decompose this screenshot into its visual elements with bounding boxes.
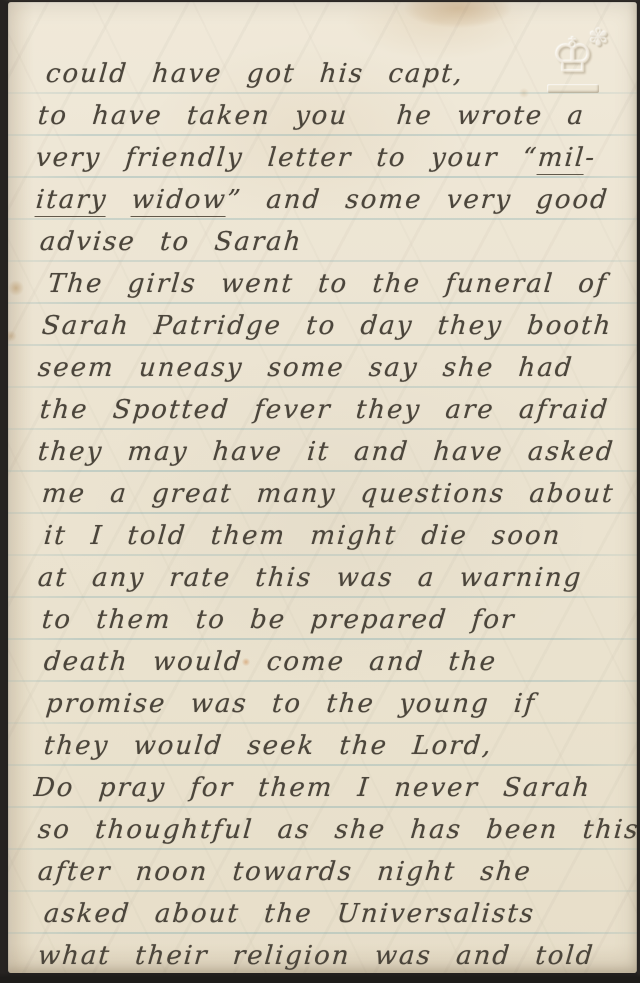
seal-crown-icon: ♔: [531, 30, 615, 82]
handwriting-line-15: death would come and the: [44, 642, 497, 682]
handwriting-line-17: they would seek the Lord,: [44, 726, 493, 766]
scan-edge-bottom: [0, 973, 640, 983]
handwriting-line-16: promise was to the young if: [46, 684, 536, 724]
letter-paper: could have got his capt,to have taken yo…: [8, 2, 637, 973]
handwriting-line-6: The girls went to the funeral of: [48, 264, 608, 304]
scanned-letter-page: { "document": { "kind": "handwritten let…: [0, 0, 640, 983]
handwriting-line-5: advise to Sarah: [40, 222, 303, 262]
handwriting-line-7: Sarah Patridge to day they booth: [42, 306, 612, 346]
seal-banner: [547, 84, 599, 93]
handwriting-line-12: it I told them might die soon: [44, 516, 561, 556]
handwriting-line-8: seem uneasy some say she had: [38, 348, 573, 388]
handwriting-line-13: at any rate this was a warning: [38, 558, 582, 598]
handwriting-line-10: they may have it and have asked: [38, 432, 615, 472]
handwriting-line-4: itary widow” and some very good: [36, 180, 609, 220]
handwriting-line-14: to them to be prepared for: [42, 600, 516, 640]
handwriting-line-18: Do pray for them I never Sarah: [34, 768, 591, 808]
handwriting-line-19: so thoughtful as she has been this: [38, 810, 637, 850]
handwriting-line-3: very friendly letter to your “mil-: [36, 138, 596, 178]
seal-flower-icon: ✾: [589, 24, 609, 52]
scan-edge-top: [0, 0, 640, 3]
scan-edge-left: [0, 0, 9, 983]
handwriting-line-20: after noon towards night she: [38, 852, 532, 892]
handwriting-line-9: the Spotted fever they are afraid: [40, 390, 609, 430]
handwriting-line-11: me a great many questions about: [42, 474, 614, 514]
handwriting-line-1: could have got his capt,: [46, 54, 464, 94]
handwriting-line-2: to have taken you he wrote a: [38, 96, 585, 136]
handwriting-line-21: asked about the Universalists: [44, 894, 535, 934]
scan-edge-right: [636, 0, 640, 983]
handwriting-line-22: what their religion was and told: [38, 936, 594, 973]
